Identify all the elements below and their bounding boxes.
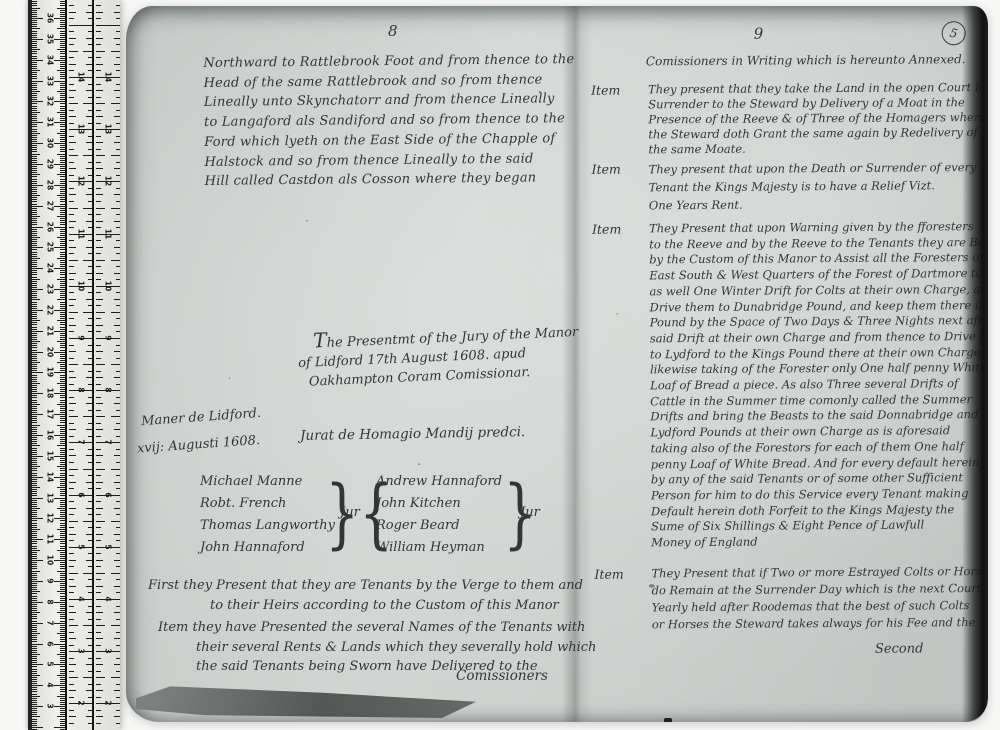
ruler-tick bbox=[116, 279, 121, 280]
presentment-item-1: Item They present that they take the Lan… bbox=[591, 80, 988, 158]
ruler-tick bbox=[32, 383, 40, 384]
ruler-tick bbox=[96, 455, 103, 456]
ruler-tick bbox=[32, 12, 37, 13]
ruler-tick bbox=[116, 592, 121, 593]
ruler-tick bbox=[69, 57, 74, 58]
ruler-tick bbox=[116, 423, 121, 424]
ruler-tick bbox=[32, 400, 37, 401]
ruler-tick bbox=[69, 677, 78, 678]
item-lines: They present that they take the Land in … bbox=[648, 80, 988, 158]
ruler-tick bbox=[32, 614, 37, 615]
ruler-tick bbox=[96, 110, 101, 111]
ruler-number: 7 bbox=[76, 440, 85, 445]
ruler-tick bbox=[96, 155, 105, 156]
ruler-number: 32 bbox=[46, 96, 55, 106]
ruler-tick bbox=[69, 312, 78, 313]
ruler-tick bbox=[116, 136, 121, 137]
ruler-tick bbox=[32, 443, 37, 444]
ruler-tick bbox=[69, 592, 74, 593]
ruler-tick bbox=[54, 372, 65, 373]
ruler-tick bbox=[32, 266, 37, 267]
ruler-tick bbox=[111, 155, 120, 156]
ruler-tick bbox=[32, 10, 37, 11]
ruler-tick bbox=[32, 669, 37, 670]
ruler-tick bbox=[57, 49, 65, 50]
ruler-tick bbox=[32, 431, 37, 432]
ruler-tick bbox=[96, 371, 101, 372]
ruler-tick bbox=[32, 358, 37, 359]
ruler-tick bbox=[32, 49, 40, 50]
ruler-tick bbox=[32, 719, 37, 720]
ruler-tick bbox=[96, 579, 101, 580]
ruler-tick bbox=[114, 142, 121, 143]
ruler-number: 4 bbox=[76, 596, 85, 601]
ruler-tick bbox=[116, 97, 121, 98]
ruler-tick bbox=[32, 529, 40, 530]
ruler-tick bbox=[83, 155, 92, 156]
ruler-tick bbox=[96, 345, 101, 346]
ruler-tick bbox=[54, 644, 65, 645]
continuation-line: Comissioners in Writing which is hereunt… bbox=[646, 52, 966, 68]
ruler-tick bbox=[32, 243, 37, 244]
ruler-tick bbox=[69, 260, 78, 261]
ruler-tick bbox=[96, 201, 101, 202]
ruler-tick bbox=[32, 310, 43, 311]
ruler-tick bbox=[96, 97, 101, 98]
ruler-tick bbox=[69, 658, 74, 659]
ruler-tick bbox=[32, 141, 37, 142]
ruler-tick bbox=[32, 644, 43, 645]
ruler-tick bbox=[32, 660, 37, 661]
ruler-tick bbox=[96, 208, 105, 209]
ruler-tick bbox=[57, 654, 65, 655]
ruler-tick bbox=[32, 616, 37, 617]
text-line: as well One Winter Drift for Colts at th… bbox=[649, 282, 988, 300]
ruler-tick bbox=[116, 540, 121, 541]
ruler-number: 19 bbox=[46, 367, 55, 377]
ruler-tick bbox=[32, 218, 37, 219]
ruler-tick bbox=[32, 381, 37, 382]
ruler-tick bbox=[32, 618, 37, 619]
ruler-tick bbox=[32, 389, 37, 390]
ruler-tick bbox=[32, 289, 43, 290]
ruler-tick bbox=[96, 168, 103, 169]
ruler-tick bbox=[114, 221, 121, 222]
ruler-tick bbox=[54, 143, 65, 144]
ruler-tick bbox=[32, 539, 43, 540]
ruler-tick bbox=[32, 5, 37, 6]
ruler-tick bbox=[32, 112, 40, 113]
ruler-tick bbox=[111, 469, 120, 470]
ruler-tick bbox=[57, 174, 65, 175]
ruler-tick bbox=[32, 379, 37, 380]
ruler-tick bbox=[96, 305, 101, 306]
ruler-tick bbox=[32, 268, 43, 269]
ruler-tick bbox=[32, 691, 37, 692]
ruler-tick bbox=[32, 164, 43, 165]
ruler-tick bbox=[32, 654, 40, 655]
ruler-tick bbox=[96, 645, 101, 646]
ruler-tick bbox=[32, 402, 37, 403]
ruler-tick bbox=[116, 266, 121, 267]
ruler-tick bbox=[32, 189, 37, 190]
ruler-tick bbox=[32, 302, 37, 303]
ruler-tick bbox=[32, 106, 37, 107]
ruler-tick bbox=[96, 142, 103, 143]
ruler-tick bbox=[69, 149, 74, 150]
ruler-tick bbox=[96, 625, 105, 626]
ruler-tick bbox=[57, 529, 65, 530]
ruler-tick bbox=[32, 416, 37, 417]
ruler-tick bbox=[96, 553, 101, 554]
ruler-tick bbox=[32, 527, 37, 528]
ruler-tick bbox=[116, 645, 121, 646]
ruler-tick bbox=[69, 475, 74, 476]
ruler-tick bbox=[57, 320, 65, 321]
ruler-tick bbox=[32, 437, 37, 438]
ruler-tick bbox=[32, 24, 37, 25]
ruler-tick bbox=[69, 253, 74, 254]
page-number-right: 9 bbox=[754, 25, 764, 43]
ruler-tick bbox=[32, 364, 37, 365]
ruler-tick bbox=[54, 581, 65, 582]
ruler-tick bbox=[69, 208, 78, 209]
ruler-tick bbox=[32, 510, 37, 511]
ruler-tick bbox=[96, 716, 103, 717]
ruler-tick bbox=[69, 671, 74, 672]
ruler-tick bbox=[57, 279, 65, 280]
presentment-item-4: Item They Present that if Two or more Es… bbox=[594, 563, 988, 634]
item-label: Item bbox=[592, 222, 621, 238]
text-line: Person for him to do this Service every … bbox=[651, 486, 988, 504]
ruler-tick bbox=[32, 187, 37, 188]
ruler-tick bbox=[32, 408, 37, 409]
ruler-tick bbox=[116, 606, 121, 607]
ruler-tick bbox=[32, 606, 37, 607]
ruler-tick bbox=[96, 586, 103, 587]
ruler-tick bbox=[32, 285, 37, 286]
ruler-tick bbox=[96, 671, 101, 672]
ruler-tick bbox=[96, 566, 101, 567]
ruler-tick bbox=[116, 240, 121, 241]
ruler-tick bbox=[69, 371, 74, 372]
ruler-tick bbox=[32, 479, 37, 480]
ruler-tick bbox=[32, 245, 37, 246]
ruler-tick bbox=[54, 81, 65, 82]
ruler-tick bbox=[32, 145, 37, 146]
ruler-tick bbox=[114, 325, 121, 326]
ruler-tick bbox=[57, 633, 65, 634]
ruler-tick bbox=[32, 727, 43, 728]
ruler-tick bbox=[32, 233, 37, 234]
ruler-tick bbox=[96, 70, 101, 71]
ruler-tick bbox=[32, 99, 37, 100]
ruler-tick bbox=[32, 706, 43, 707]
ruler-tick bbox=[111, 416, 120, 417]
ruler-tick bbox=[32, 295, 37, 296]
ruler-tick bbox=[116, 175, 121, 176]
ruler-tick bbox=[57, 425, 65, 426]
ruler-tick bbox=[116, 488, 121, 489]
ruler-tick bbox=[54, 122, 65, 123]
ruler-tick bbox=[96, 403, 103, 404]
ruler-tick bbox=[69, 560, 76, 561]
ruler-tick bbox=[116, 684, 121, 685]
ruler-tick bbox=[107, 25, 120, 26]
ruler-tick bbox=[32, 322, 37, 323]
ruler-tick bbox=[32, 698, 37, 699]
ruler-number: 34 bbox=[46, 54, 55, 64]
ruler-tick bbox=[57, 154, 65, 155]
ruler-tick bbox=[32, 352, 43, 353]
ruler-tick bbox=[54, 18, 65, 19]
ruler-tick bbox=[96, 469, 105, 470]
ruler-tick bbox=[54, 414, 65, 415]
ruler-tick bbox=[116, 632, 121, 633]
ruler-tick bbox=[54, 39, 65, 40]
ruler-tick bbox=[111, 103, 120, 104]
manuscript-spread: 8 Northward to Rattlebrook Foot and from… bbox=[126, 6, 988, 722]
catchword-right: Second bbox=[875, 641, 924, 656]
ruler-tick bbox=[32, 47, 37, 48]
ruler-tick bbox=[69, 351, 76, 352]
ruler-tick bbox=[69, 318, 74, 319]
ruler-tick bbox=[32, 151, 37, 152]
ruler-tick bbox=[32, 124, 37, 125]
ruler-tick bbox=[32, 604, 37, 605]
ruler-tick bbox=[32, 172, 37, 173]
ruler-tick bbox=[32, 299, 40, 300]
ruler-tick bbox=[96, 658, 101, 659]
ruler-tick bbox=[69, 266, 74, 267]
ruler-tick bbox=[32, 74, 37, 75]
ruler-tick bbox=[32, 621, 37, 622]
item-label: Item bbox=[594, 566, 623, 583]
ruler-tick bbox=[69, 305, 74, 306]
ruler-tick bbox=[32, 297, 37, 298]
ruler-number: 11 bbox=[76, 228, 85, 238]
ruler-tick bbox=[114, 455, 121, 456]
text-line: taking also of the Forestors for each of… bbox=[651, 439, 988, 457]
ruler-tick bbox=[32, 51, 37, 52]
ruler-tick bbox=[32, 666, 37, 667]
ruler-tick bbox=[114, 664, 121, 665]
ruler-tick bbox=[32, 362, 40, 363]
ruler-tick bbox=[116, 710, 121, 711]
ruler-tick bbox=[96, 592, 101, 593]
ruler-number: 21 bbox=[46, 326, 55, 336]
ruler-tick bbox=[116, 410, 121, 411]
page-edges-shadow bbox=[962, 6, 988, 722]
ruler-tick bbox=[116, 358, 121, 359]
ruler-tick bbox=[116, 697, 121, 698]
ruler-tick bbox=[69, 188, 74, 189]
text-line: the same Moate. bbox=[648, 140, 988, 158]
ruler-tick bbox=[69, 325, 76, 326]
ruler-tick bbox=[32, 143, 43, 144]
ruler-tick bbox=[32, 372, 43, 373]
ruler-tick bbox=[32, 214, 37, 215]
ruler-tick bbox=[54, 289, 65, 290]
ruler-number: 30 bbox=[46, 138, 55, 148]
ruler-number: 6 bbox=[104, 492, 113, 497]
ruler-tick bbox=[96, 514, 101, 515]
ruler-tick bbox=[69, 573, 78, 574]
ruler-tick bbox=[32, 627, 37, 628]
ruler-tick bbox=[116, 292, 121, 293]
ruler-tick bbox=[32, 448, 37, 449]
ruler-tick bbox=[32, 412, 37, 413]
ruler-tick bbox=[32, 610, 37, 611]
ruler-tick bbox=[96, 416, 105, 417]
ruler-tick bbox=[32, 641, 37, 642]
ruler-tick bbox=[116, 31, 121, 32]
ruler-divider bbox=[92, 0, 94, 730]
ruler-tick bbox=[32, 252, 37, 253]
ruler-tick bbox=[96, 325, 103, 326]
ruler-tick bbox=[32, 646, 37, 647]
ruler-tick bbox=[96, 175, 101, 176]
ruler-tick bbox=[111, 677, 120, 678]
ruler-tick bbox=[96, 619, 101, 620]
ruler-tick bbox=[69, 97, 74, 98]
ruler-tick bbox=[69, 684, 74, 685]
ruler-tick bbox=[32, 648, 37, 649]
ruler-tick bbox=[96, 664, 103, 665]
ruler-tick bbox=[114, 534, 121, 535]
ruler-number: 20 bbox=[46, 346, 55, 356]
ruler-tick bbox=[32, 450, 37, 451]
ruler-tick bbox=[32, 83, 37, 84]
ruler-tick bbox=[54, 185, 65, 186]
ruler-tick bbox=[32, 439, 37, 440]
ruler-tick bbox=[96, 5, 101, 6]
ruler-tick bbox=[32, 650, 37, 651]
ruler-number: 8 bbox=[104, 388, 113, 393]
ruler-tick bbox=[32, 20, 37, 21]
ruler-tick bbox=[54, 227, 65, 228]
ruler-number: 4 bbox=[104, 596, 113, 601]
ruler-tick bbox=[32, 210, 37, 211]
ruler-tick bbox=[111, 573, 120, 574]
ruler-tick bbox=[69, 377, 76, 378]
ruler-tick bbox=[32, 625, 37, 626]
ruler-tick bbox=[54, 60, 65, 61]
ruler-tick bbox=[32, 368, 37, 369]
ruler-tick bbox=[32, 224, 37, 225]
ruler-tick bbox=[114, 273, 121, 274]
ruler-tick bbox=[32, 216, 40, 217]
ruler-tick bbox=[32, 460, 37, 461]
ruler-tick bbox=[57, 445, 65, 446]
ruler-tick bbox=[69, 227, 74, 228]
ruler-tick bbox=[32, 231, 37, 232]
ruler-number: 13 bbox=[104, 124, 113, 134]
ruler-tick bbox=[54, 560, 65, 561]
ruler-tick bbox=[32, 685, 43, 686]
ruler-tick bbox=[69, 566, 74, 567]
ruler-number: 11 bbox=[46, 534, 55, 544]
ruler-tick bbox=[69, 449, 74, 450]
ruler-tick bbox=[32, 673, 37, 674]
ruler-tick bbox=[114, 38, 121, 39]
ruler-tick bbox=[32, 8, 40, 9]
ruler-tick bbox=[32, 525, 37, 526]
ruler-tick bbox=[32, 387, 37, 388]
ruler-tick bbox=[111, 364, 120, 365]
ruler-tick bbox=[32, 504, 37, 505]
ruler-tick bbox=[32, 393, 43, 394]
ruler-tick bbox=[96, 103, 105, 104]
ruler-tick bbox=[69, 64, 76, 65]
ruler-tick bbox=[32, 258, 40, 259]
ruler-tick bbox=[32, 318, 37, 319]
ruler-tick bbox=[32, 103, 37, 104]
ruler-number: 4 bbox=[46, 683, 55, 688]
ruler-tick bbox=[69, 273, 76, 274]
ruler-tick bbox=[32, 481, 37, 482]
ruler-tick bbox=[32, 452, 37, 453]
ruler-tick bbox=[96, 501, 101, 502]
ruler-tick bbox=[32, 558, 37, 559]
ruler-tick bbox=[32, 60, 43, 61]
ruler-tick bbox=[32, 131, 37, 132]
ruler-tick bbox=[32, 89, 37, 90]
ruler-tick bbox=[32, 149, 37, 150]
ruler-tick bbox=[69, 527, 74, 528]
ruler-tick bbox=[32, 91, 40, 92]
ruler-tick bbox=[32, 375, 37, 376]
ruler-tick bbox=[69, 606, 74, 607]
ruler-tick bbox=[32, 183, 37, 184]
ruler-number: 14 bbox=[46, 471, 55, 481]
ruler-tick bbox=[32, 566, 37, 567]
ruler-tick bbox=[114, 403, 121, 404]
ruler-tick bbox=[32, 600, 37, 601]
ruler-tick bbox=[32, 339, 37, 340]
ruler-tick bbox=[32, 68, 37, 69]
ruler-tick bbox=[69, 625, 78, 626]
ruler-tick bbox=[32, 137, 37, 138]
ruler-tick bbox=[69, 51, 78, 52]
ruler-number: 25 bbox=[46, 242, 55, 252]
right-page: 9 5 Comissioners in Writing which is her… bbox=[126, 6, 988, 722]
ruler-tick bbox=[54, 393, 65, 394]
ruler-tick bbox=[96, 51, 105, 52]
ruler-tick bbox=[96, 482, 103, 483]
ruler-tick bbox=[69, 168, 76, 169]
ruler-tick bbox=[32, 22, 37, 23]
ruler-tick bbox=[32, 260, 37, 261]
ruler-tick bbox=[32, 66, 37, 67]
ruler-tick bbox=[32, 585, 37, 586]
ruler-tick bbox=[96, 273, 103, 274]
ruler-tick bbox=[96, 410, 101, 411]
ruler-tick bbox=[32, 441, 37, 442]
ruler-number: 6 bbox=[76, 492, 85, 497]
ruler-tick bbox=[54, 539, 65, 540]
ruler-tick bbox=[111, 521, 120, 522]
ruler-tick bbox=[32, 133, 40, 134]
ruler-tick bbox=[32, 556, 37, 557]
ruler-tick bbox=[32, 677, 37, 678]
ruler-tick bbox=[32, 108, 37, 109]
ruler-tick bbox=[32, 596, 37, 597]
ruler-tick bbox=[96, 475, 101, 476]
text-line: They present that upon the Death or Surr… bbox=[649, 158, 977, 178]
ruler-tick bbox=[32, 262, 37, 263]
ruler-tick bbox=[32, 454, 37, 455]
